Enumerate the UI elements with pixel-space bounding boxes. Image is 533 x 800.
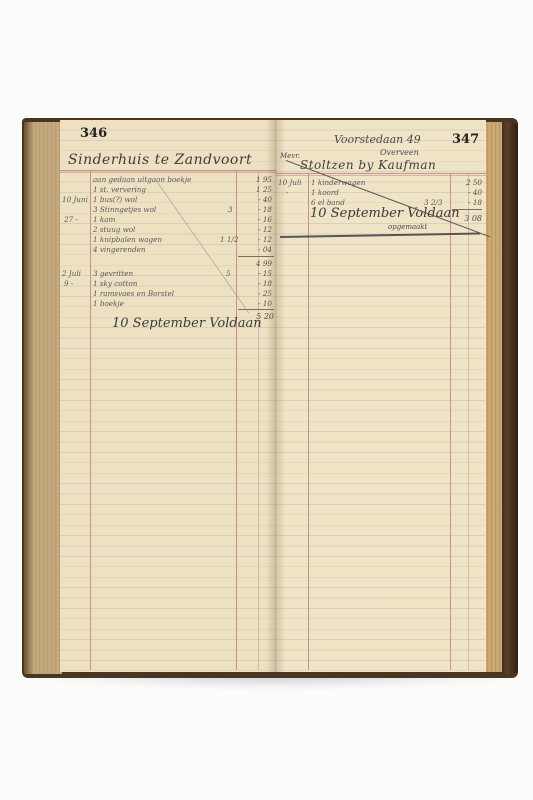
row-description: 1 kam [93, 215, 115, 224]
left-page: 346 Sinderhuis te Zandvoort aan gedaan u… [60, 120, 276, 672]
row-description: 1 ramsvaes en Borstel [93, 289, 174, 298]
address-annotation: Voorstedaan 49 [334, 133, 421, 146]
row-description: aan gedaan uitgaan boekje [93, 175, 191, 184]
row-description: 1 knipbalen wagen [93, 235, 162, 244]
header-rule-2 [60, 172, 276, 173]
row-date: 10 Juni [62, 195, 88, 204]
row-date: 9 - [64, 279, 73, 288]
book-cover-right-edge [500, 122, 518, 674]
page-block-left-edge [24, 122, 62, 674]
page-block-right-edge [484, 122, 502, 672]
row-description: 1 bus(?) wol [93, 195, 137, 204]
row-amount: 2 50 [442, 178, 482, 187]
account-header: Stoltzen by Kaufman [300, 158, 436, 172]
cents-column-rule [468, 173, 469, 670]
right-page: 347 Voorstedaan 49 Overveen Mevr. Stoltz… [276, 120, 486, 672]
row-description: 1 sky cotton [93, 279, 137, 288]
payment-signature: 10 September Voldaan [112, 316, 262, 331]
row-description: 2 stuug wol [93, 225, 135, 234]
book-gutter [266, 120, 286, 672]
row-description: 1 boekje [93, 299, 124, 308]
row-date: 27 - [64, 215, 78, 224]
header-rule [60, 170, 276, 171]
date-column-rule [90, 170, 91, 670]
page-number: 347 [452, 132, 479, 147]
date-column-rule [308, 173, 309, 670]
row-qty: 5 [226, 269, 231, 278]
row-description: 4 vingerenden [93, 245, 146, 254]
signature-sub: opgemaakt [388, 223, 427, 231]
row-description: 1 st. ververing [93, 185, 146, 194]
row-description: 1 koord [311, 188, 339, 197]
row-amount: - 40 [442, 188, 482, 197]
page-number: 346 [80, 126, 107, 141]
row-date: 2 Juli [62, 269, 81, 278]
account-header: Sinderhuis te Zandvoort [68, 152, 252, 168]
address-annotation-sub: Overveen [380, 148, 419, 157]
row-description: 3 Stinngetjes wol [93, 205, 156, 214]
amount-column-rule [450, 173, 451, 670]
row-date: - [286, 188, 288, 197]
payment-signature: 10 September Voldaan [310, 206, 460, 221]
row-description: 3 gevritten [93, 269, 133, 278]
